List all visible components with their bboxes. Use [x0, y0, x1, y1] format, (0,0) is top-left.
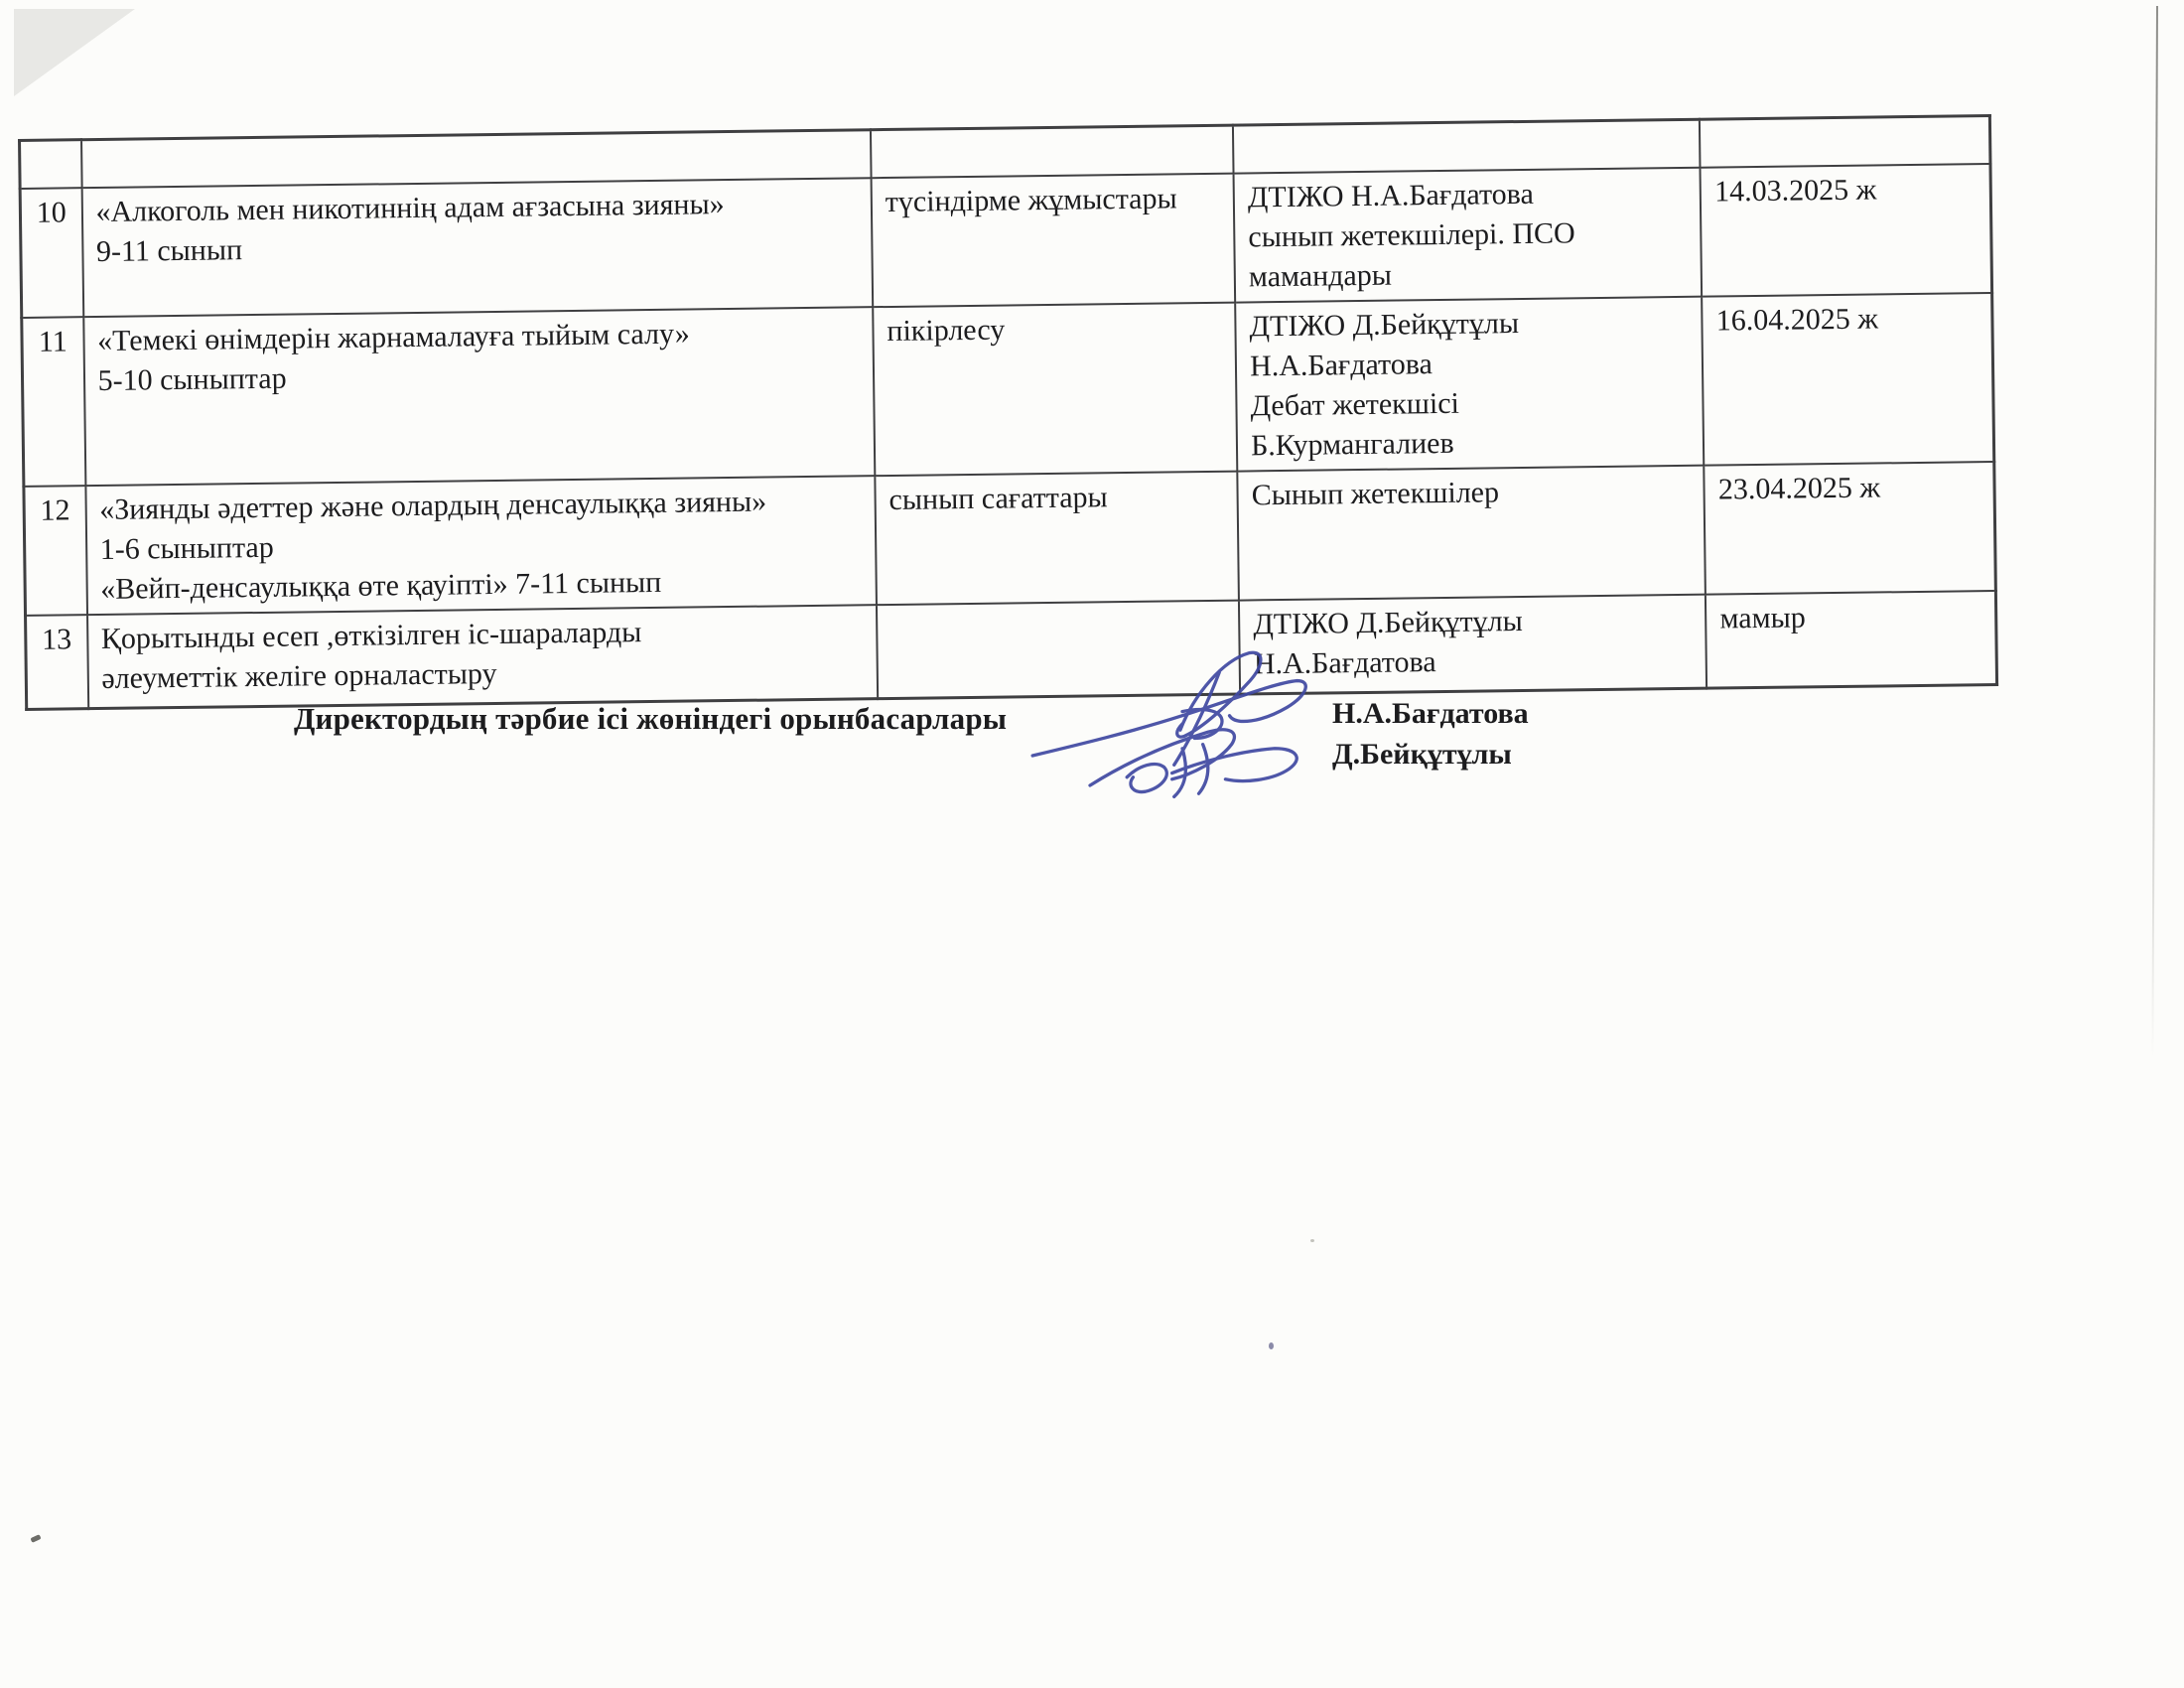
page-edge-shadow-line: [2151, 6, 2158, 1058]
form-cell: пікірлесу: [873, 303, 1237, 477]
row-number: 11: [22, 317, 85, 487]
table-row: 10 «Алкоголь мен никотиннің адам ағзасын…: [20, 164, 1991, 318]
events-plan-table-wrap: 10 «Алкоголь мен никотиннің адам ағзасын…: [18, 114, 1998, 711]
ink-speck: [30, 1534, 41, 1543]
date-cell: мамыр: [1706, 591, 1996, 688]
activity-cell: «Зиянды әдеттер және олардың денсаулыққа…: [85, 476, 877, 615]
table-row: 11 «Темекі өнімдерін жарнамалауға тыйым …: [22, 293, 1994, 487]
form-cell: түсіндірме жұмыстары: [871, 174, 1235, 308]
events-plan-table: 10 «Алкоголь мен никотиннің адам ағзасын…: [18, 114, 1998, 711]
responsible-cell: ДТІЖО Д.Бейқұтұлы Н.А.Бағдатова Дебат же…: [1235, 297, 1704, 472]
header-cell: [871, 125, 1234, 178]
row-number: 10: [20, 188, 83, 318]
deputy-name: Н.А.Бағдатова: [1332, 693, 1529, 734]
deputy-directors-names: Н.А.Бағдатова Д.Бейқұтұлы: [1332, 693, 1529, 774]
handwritten-signature: [1028, 647, 1336, 801]
form-cell: сынып сағаттары: [875, 472, 1239, 606]
deputy-name: Д.Бейқұтұлы: [1332, 734, 1529, 774]
activity-cell: «Алкоголь мен никотиннің адам ағзасына з…: [81, 178, 873, 317]
ink-speck: [1269, 1342, 1274, 1349]
header-cell: [1700, 116, 1990, 168]
page-corner-fold: [14, 9, 135, 96]
row-number: 13: [26, 615, 88, 709]
activity-cell: «Темекі өнімдерін жарнамалауға тыйым сал…: [83, 307, 875, 486]
header-cell: [20, 140, 82, 189]
activity-cell: Қорытынды есеп ,өткізілген іс-шараларды …: [87, 605, 879, 708]
date-cell: 23.04.2025 ж: [1705, 462, 1996, 595]
header-cell: [1233, 119, 1701, 173]
ink-speck: [1310, 1239, 1314, 1242]
responsible-cell: Сынып жетекшілер: [1237, 466, 1706, 601]
date-cell: 14.03.2025 ж: [1701, 164, 1992, 297]
table-row: 12 «Зиянды әдеттер және олардың денсаулы…: [24, 462, 1995, 616]
deputy-directors-label: Директордың тәрбие ісі жөніндегі орынбас…: [294, 701, 1007, 737]
date-cell: 16.04.2025 ж: [1702, 293, 1993, 466]
row-number: 12: [24, 486, 87, 616]
signature-strokes: [1032, 652, 1305, 796]
responsible-cell: ДТІЖО Н.А.Бағдатова сынып жетекшілері. П…: [1234, 168, 1703, 303]
